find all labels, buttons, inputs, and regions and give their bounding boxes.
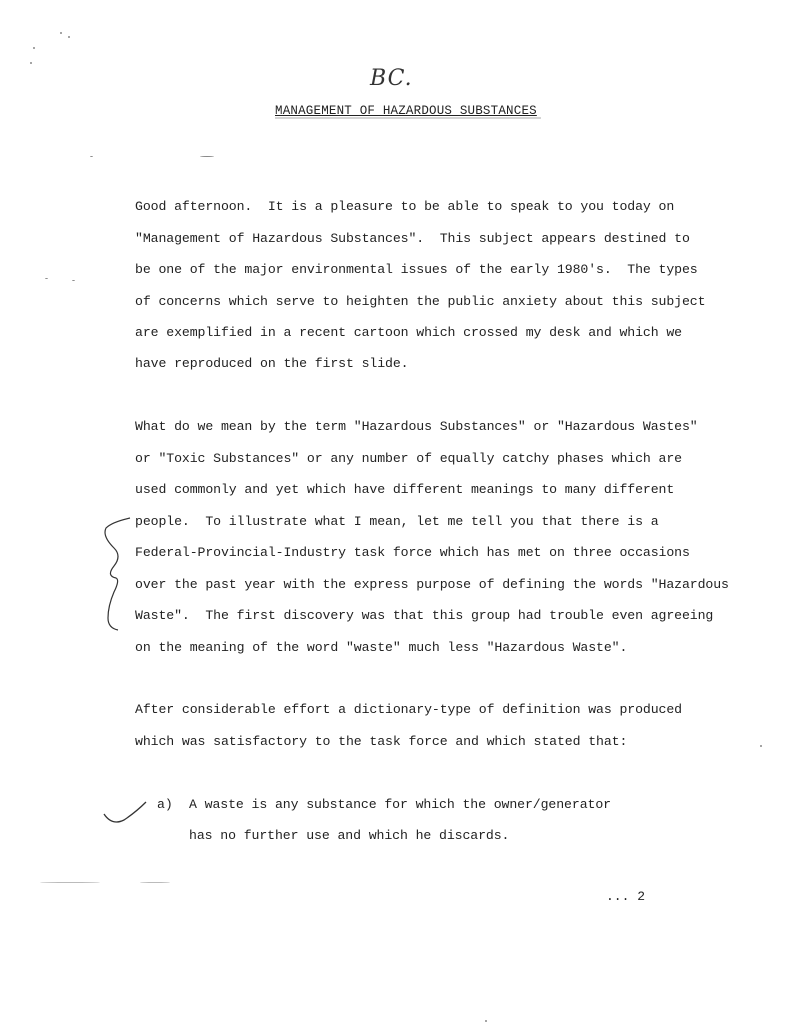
paragraph-1-line-6: have reproduced on the first slide. <box>135 356 408 371</box>
bracket-mark-icon <box>105 518 130 630</box>
scan-speck <box>30 62 32 64</box>
paragraph-1-line-3: be one of the major environmental issues… <box>135 262 698 277</box>
scan-speck <box>90 156 93 157</box>
scan-speck <box>200 156 214 157</box>
page-continuation: ... 2 <box>606 889 645 904</box>
paragraph-1-line-1: Good afternoon. It is a pleasure to be a… <box>135 199 674 214</box>
paragraph-2-line-3: used commonly and yet which have differe… <box>135 482 674 497</box>
scan-speck <box>33 47 35 49</box>
paragraph-1-line-4: of concerns which serve to heighten the … <box>135 294 705 309</box>
paragraph-1-line-2: "Management of Hazardous Substances". Th… <box>135 231 690 246</box>
check-mark-icon <box>104 802 146 822</box>
scan-speck <box>760 745 762 747</box>
paragraph-2-line-6: over the past year with the express purp… <box>135 577 729 592</box>
handwritten-marks <box>0 0 790 1024</box>
scan-speck <box>485 1020 487 1022</box>
list-item-a-line-2: has no further use and which he discards… <box>189 828 509 843</box>
paragraph-2-line-7: Waste". The first discovery was that thi… <box>135 608 713 623</box>
paragraph-2-line-1: What do we mean by the term "Hazardous S… <box>135 419 698 434</box>
scan-speck <box>140 882 170 883</box>
paragraph-2-line-2: or "Toxic Substances" or any number of e… <box>135 451 682 466</box>
paragraph-3-line-1: After considerable effort a dictionary-t… <box>135 702 682 717</box>
document-page: BC. MANAGEMENT OF HAZARDOUS SUBSTANCES G… <box>0 0 790 1024</box>
scan-speck <box>45 278 48 279</box>
paragraph-2-line-8: on the meaning of the word "waste" much … <box>135 640 627 655</box>
paragraph-3-line-2: which was satisfactory to the task force… <box>135 734 627 749</box>
scan-speck <box>40 882 100 883</box>
handwritten-note: BC. <box>370 66 413 91</box>
document-title: MANAGEMENT OF HAZARDOUS SUBSTANCES <box>275 104 537 118</box>
scan-speck <box>68 36 70 38</box>
paragraph-2-line-4: people. To illustrate what I mean, let m… <box>135 514 659 529</box>
paragraph-1-line-5: are exemplified in a recent cartoon whic… <box>135 325 682 340</box>
scan-speck <box>60 32 62 34</box>
paragraph-2-line-5: Federal-Provincial-Industry task force w… <box>135 545 690 560</box>
list-item-a-marker: a) <box>157 797 173 812</box>
list-item-a-line-1: A waste is any substance for which the o… <box>189 797 611 812</box>
scan-speck <box>72 280 75 281</box>
